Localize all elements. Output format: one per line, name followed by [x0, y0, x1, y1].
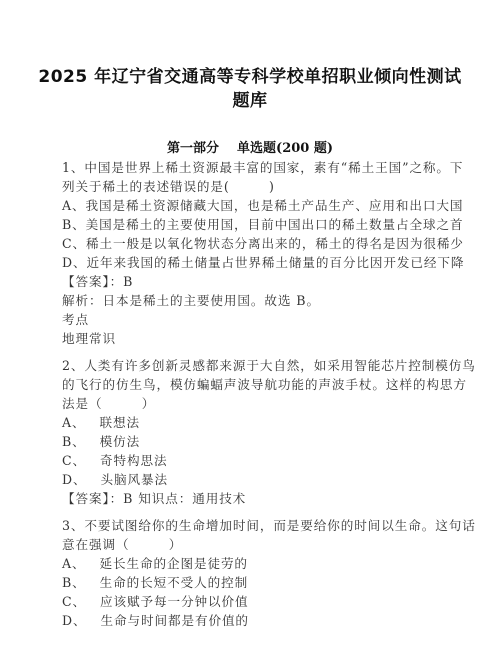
document-title-line1: 2025 年辽宁省交通高等专科学校单招职业倾向性测试	[0, 62, 500, 87]
option-text: 稀土一般是以氧化物状态分离出来的，稀土的得名是因为很稀少	[86, 236, 464, 251]
question-stem-line: 3、不要试图给你的生命增加时间，而是要给你的时间以生命。这句话	[62, 518, 452, 534]
point-label: 考点	[62, 312, 452, 328]
question-stem-line: 2、人类有许多创新灵感都来源于大自然，如采用智能芯片控制模仿鸟	[62, 358, 452, 374]
option-letter: C、	[62, 594, 86, 609]
option-a: A、我国是稀土资源储藏大国，也是稀土产品生产、应用和出口大国	[62, 198, 452, 214]
option-d: D、头脑风暴法	[62, 472, 452, 488]
option-letter: C、	[62, 453, 86, 468]
document-title-line2: 题库	[0, 86, 500, 111]
option-a: A、联想法	[62, 415, 452, 431]
question-stem-line: 法是（ ）	[62, 396, 452, 412]
question-stem-line: 意在强调（ ）	[62, 537, 452, 553]
option-text: 生命与时间都是有价值的	[101, 613, 249, 628]
option-c: C、奇特构思法	[62, 453, 452, 469]
option-c: C、稀土一般是以氧化物状态分离出来的，稀土的得名是因为很稀少	[62, 236, 452, 252]
option-text: 奇特构思法	[100, 453, 167, 468]
option-b: B、模仿法	[62, 434, 452, 450]
option-text: 应该赋予每一分钟以价值	[100, 594, 248, 609]
option-letter: D、	[62, 472, 87, 487]
answer-line: 【答案】：B	[62, 274, 452, 290]
option-a: A、延长生命的企图是徒劳的	[62, 556, 452, 572]
option-letter: A、	[62, 556, 86, 571]
option-letter: B、	[62, 217, 86, 232]
option-d: D、近年来我国的稀土储量占世界稀土储量的百分比因开发已经下降	[62, 255, 452, 271]
section-heading: 第一部分 单选题(200 题)	[0, 137, 500, 156]
option-text: 近年来我国的稀土储量占世界稀土储量的百分比因开发已经下降	[87, 255, 465, 270]
option-letter: A、	[62, 198, 86, 213]
question-stem-line: 列关于稀土的表述错误的是( )	[62, 179, 452, 195]
option-text: 生命的长短不受人的控制	[100, 575, 248, 590]
option-text: 联想法	[100, 415, 140, 430]
question-stem-line: 的飞行的仿生鸟，模仿蝙蝠声波导航功能的声波手杖。这样的构思方	[62, 377, 452, 393]
option-text: 我国是稀土资源储藏大国，也是稀土产品生产、应用和出口大国	[86, 198, 464, 213]
point-value: 地理常识	[62, 331, 452, 347]
option-b: B、生命的长短不受人的控制	[62, 575, 452, 591]
option-letter: D、	[62, 255, 87, 270]
answer-line: 【答案】：B 知识点：通用技术	[62, 491, 452, 507]
option-c: C、应该赋予每一分钟以价值	[62, 594, 452, 610]
option-text: 延长生命的企图是徒劳的	[100, 556, 248, 571]
option-text: 美国是稀土的主要使用国，目前中国出口的稀土数量占全球之首	[86, 217, 464, 232]
option-letter: B、	[62, 434, 86, 449]
option-text: 模仿法	[100, 434, 140, 449]
option-text: 头脑风暴法	[101, 472, 168, 487]
option-d: D、生命与时间都是有价值的	[62, 613, 452, 629]
question-stem-line: 1、中国是世界上稀土资源最丰富的国家，素有“稀土王国”之称。下	[62, 160, 452, 176]
option-letter: D、	[62, 613, 87, 628]
option-letter: B、	[62, 575, 86, 590]
analysis-line: 解析：日本是稀土的主要使用国。故选 B。	[62, 293, 452, 309]
option-letter: A、	[62, 415, 86, 430]
option-letter: C、	[62, 236, 86, 251]
option-b: B、美国是稀土的主要使用国，目前中国出口的稀土数量占全球之首	[62, 217, 452, 233]
